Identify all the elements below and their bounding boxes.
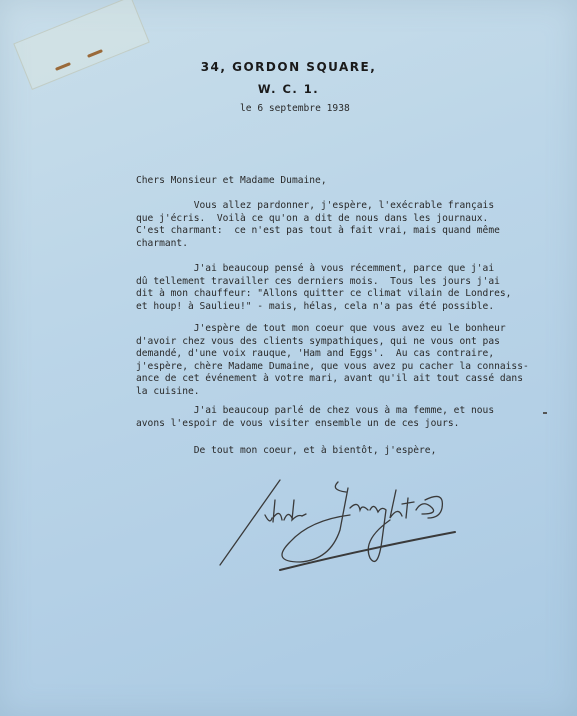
closing-line: De tout mon coeur, et à bientôt, j'espèr… <box>136 445 436 458</box>
letter-page: 34, GORDON SQUARE, W. C. 1. le 6 septemb… <box>0 0 577 716</box>
salutation: Chers Monsieur et Madame Dumaine, <box>136 175 327 188</box>
paragraph-3: J'espère de tout mon coeur que vous avez… <box>136 323 529 399</box>
paragraph-1: Vous allez pardonner, j'espère, l'exécra… <box>136 200 500 250</box>
tape-strip <box>13 0 149 90</box>
letterhead-postcode: W. C. 1. <box>0 82 577 96</box>
letterhead-address: 34, GORDON SQUARE, <box>0 60 577 74</box>
letter-date: le 6 septembre 1938 <box>240 103 350 116</box>
signature-icon <box>210 470 470 580</box>
paragraph-4: J'ai beaucoup parlé de chez vous à ma fe… <box>136 405 494 430</box>
ink-speck <box>543 412 547 414</box>
paragraph-2: J'ai beaucoup pensé à vous récemment, pa… <box>136 263 511 313</box>
